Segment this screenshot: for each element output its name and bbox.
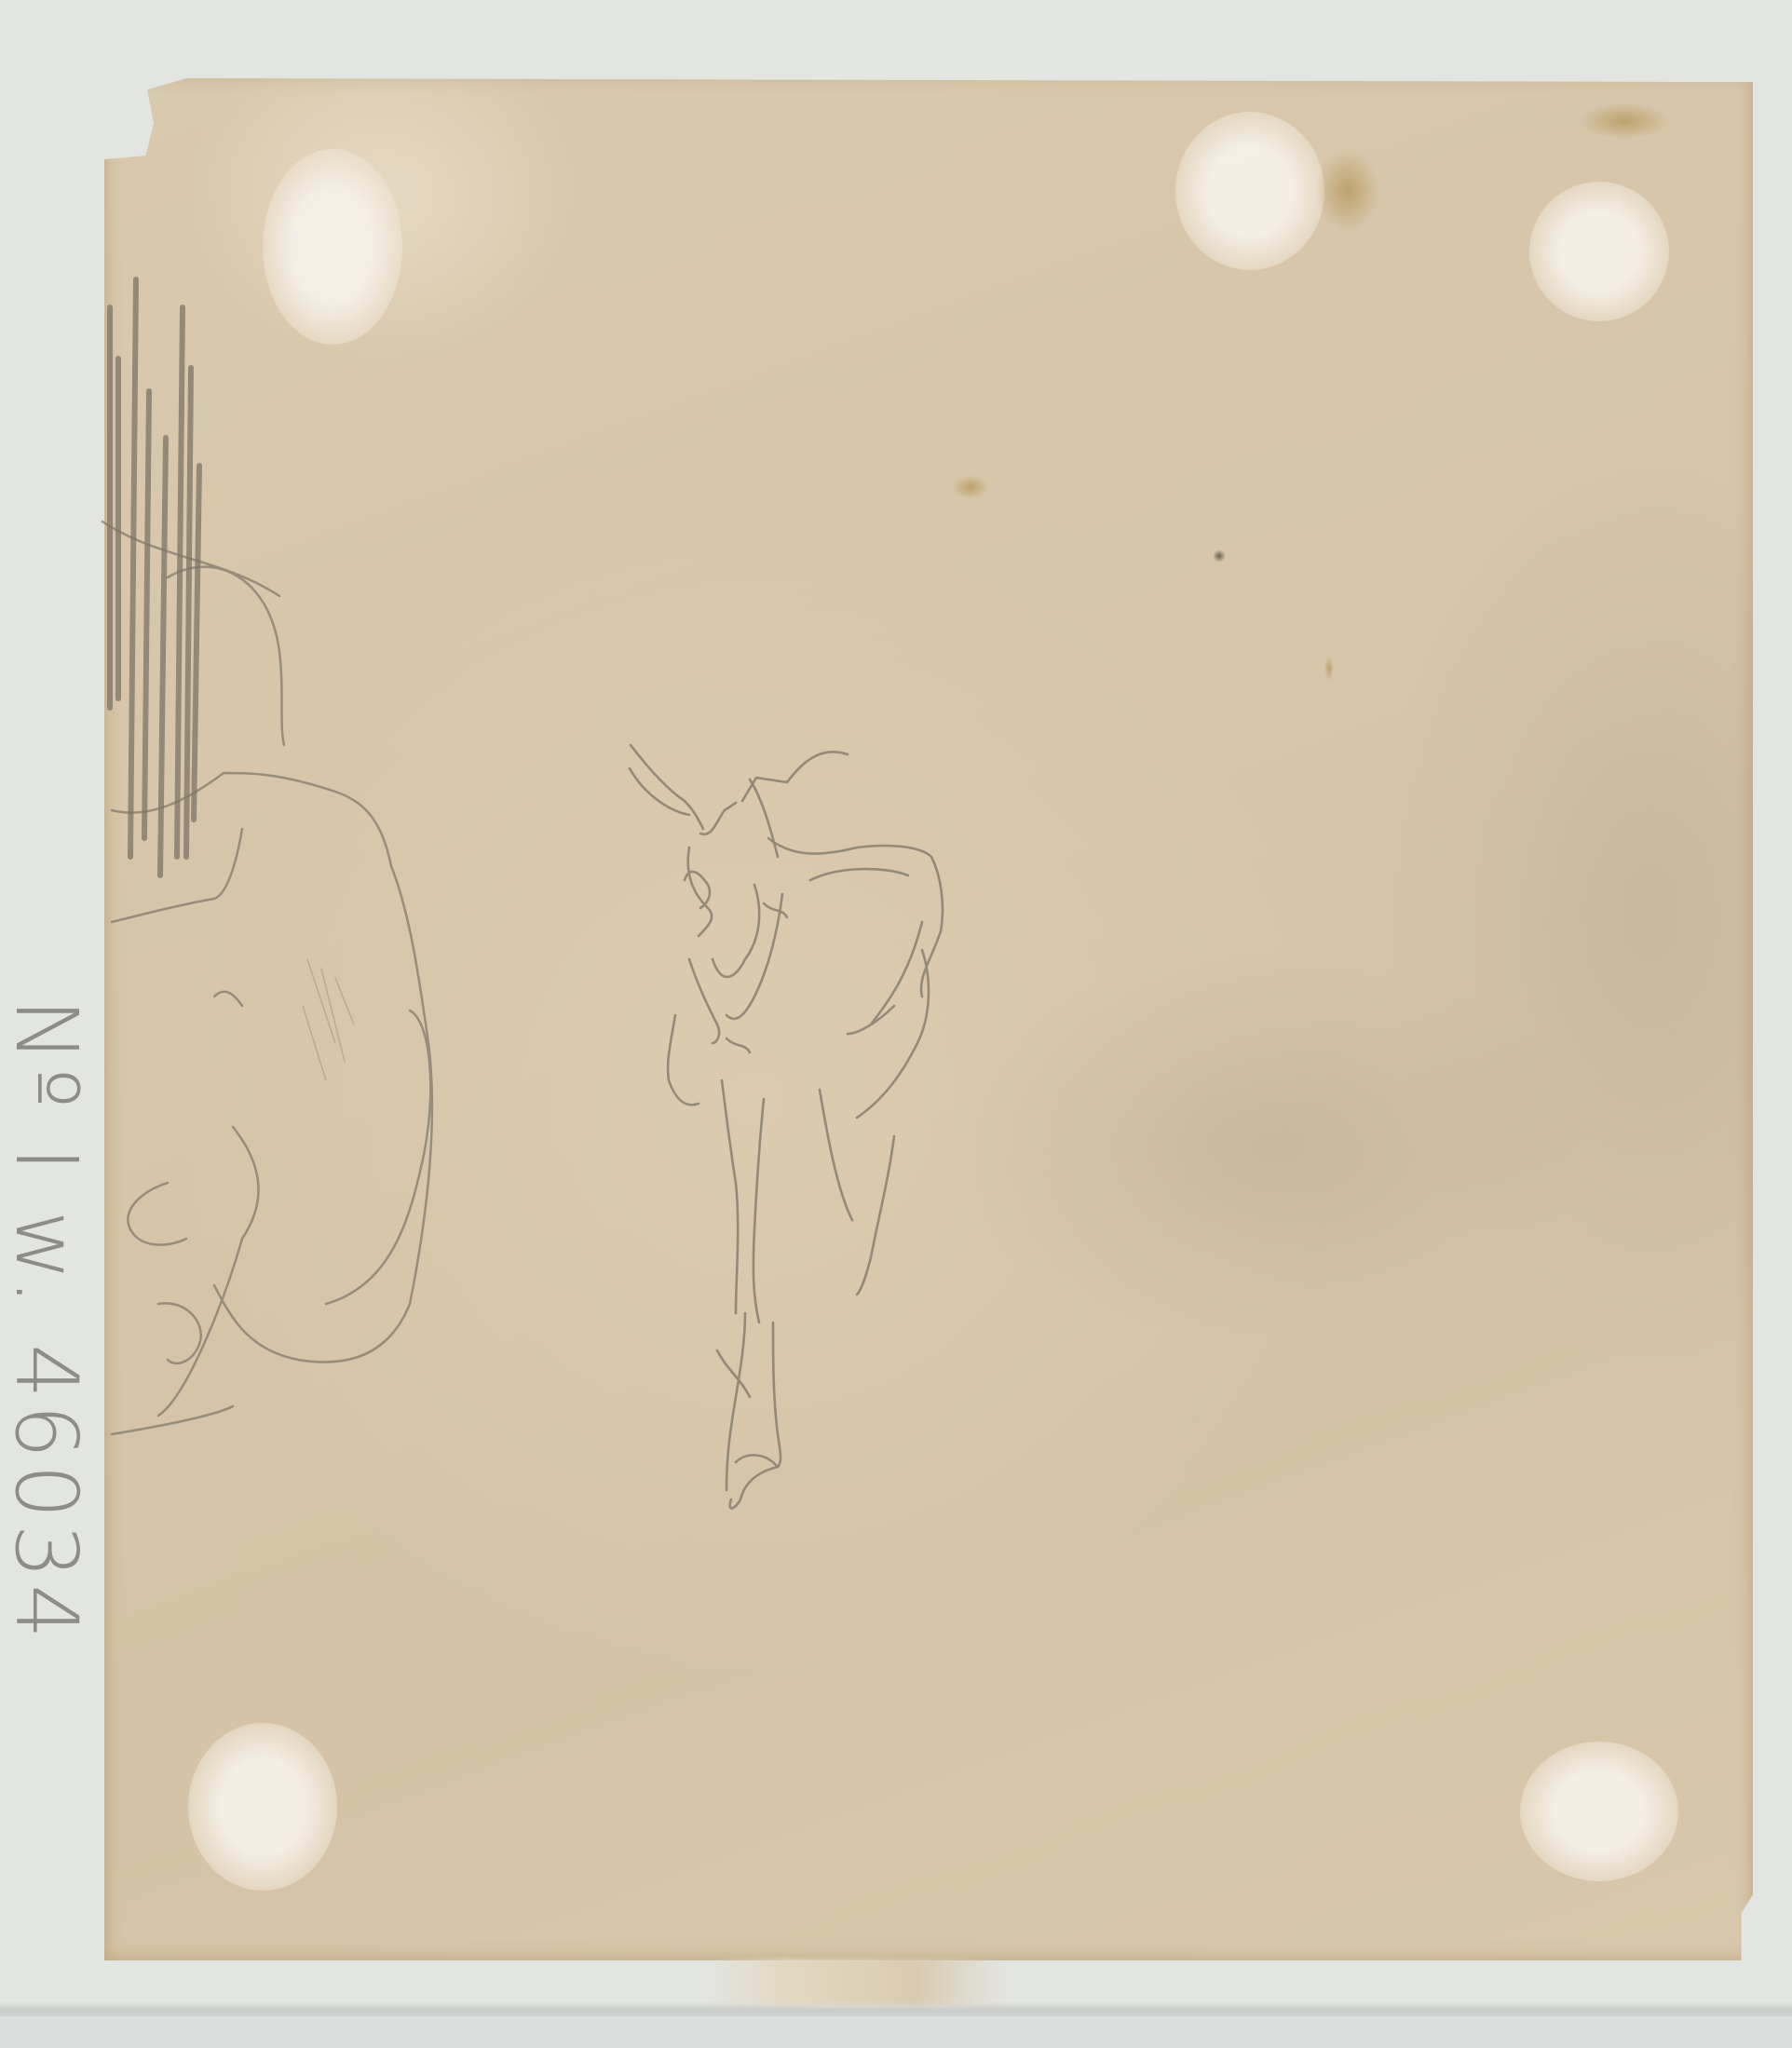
hinge-mark-bottom-right — [1520, 1742, 1678, 1881]
hinge-mark-bottom-left — [188, 1723, 337, 1891]
foxing-spot — [1315, 149, 1380, 233]
foxing-spot — [952, 475, 989, 499]
hinge-mark-top-right — [1529, 182, 1669, 321]
paper-sheet — [104, 75, 1753, 1960]
foxing-spot — [1324, 657, 1334, 681]
paper-edge-toning — [104, 75, 1753, 1960]
hinge-mark-top-left — [263, 149, 402, 345]
hinge-mark-top-center — [1175, 112, 1324, 270]
foxing-spot — [1578, 102, 1671, 140]
catalog-inscription: Nº I w. 46034 — [0, 998, 96, 1645]
foxing-spot — [1213, 549, 1226, 563]
mount-board — [0, 2016, 1792, 2048]
torn-paper-fragment — [708, 1959, 1006, 2005]
